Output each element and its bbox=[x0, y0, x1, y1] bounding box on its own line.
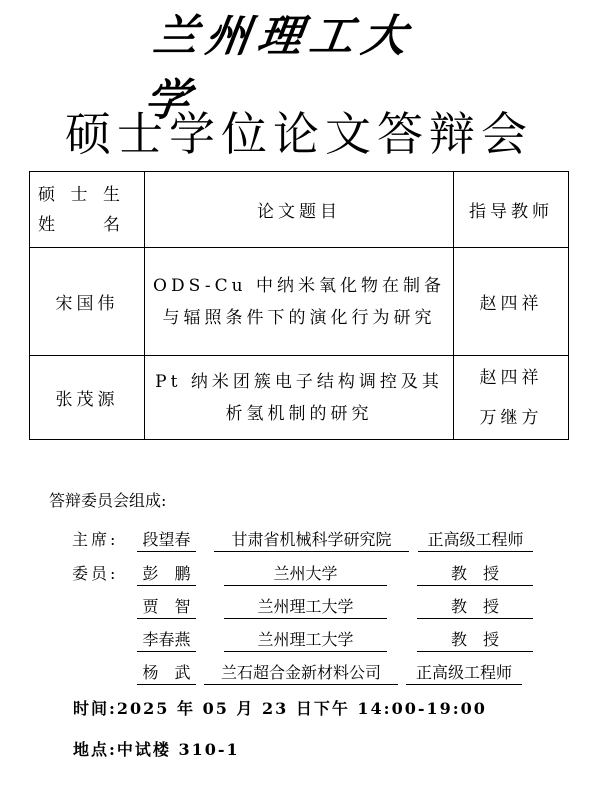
member-org: 兰州大学 bbox=[224, 563, 387, 586]
member-name: 贾 智 bbox=[137, 596, 196, 619]
thesis-table: 硕 士 生 姓 名 论文题目 指导教师 宋国伟 ODS-Cu 中纳米氧化物在制备… bbox=[29, 171, 569, 440]
header-student-name: 硕 士 生 姓 名 bbox=[30, 172, 145, 248]
advisor: 赵四祥 bbox=[454, 248, 569, 356]
member-title: 正高级工程师 bbox=[406, 662, 522, 685]
committee-member-row: 贾 智 兰州理工大学 教 授 bbox=[0, 596, 598, 618]
committee-member-row: 委员: 彭 鹏 兰州大学 教 授 bbox=[0, 563, 598, 585]
committee-member-row: 杨 武 兰石超合金新材料公司 正高级工程师 bbox=[0, 662, 598, 684]
university-logo: 兰州理工大学 bbox=[146, 32, 455, 96]
member-org: 兰州理工大学 bbox=[224, 596, 387, 619]
defense-time: 时间:2025 年 05 月 23 日下午 14:00-19:00 bbox=[73, 696, 487, 719]
advisors: 赵四祥 万继方 bbox=[454, 356, 569, 440]
header-char: 硕 bbox=[38, 180, 59, 210]
header-topic: 论文题目 bbox=[145, 172, 454, 248]
member-label: 委员: bbox=[72, 563, 118, 585]
defense-place: 地点:中试楼 310-1 bbox=[73, 737, 240, 760]
member-org: 兰石超合金新材料公司 bbox=[204, 662, 398, 685]
member-title: 教 授 bbox=[417, 629, 533, 652]
table-row: 张茂源 Pt 纳米团簇电子结构调控及其析氢机制的研究 赵四祥 万继方 bbox=[30, 356, 569, 440]
header-char: 生 bbox=[103, 180, 124, 210]
student-name: 张茂源 bbox=[30, 356, 145, 440]
header-char: 士 bbox=[71, 180, 92, 210]
member-title: 教 授 bbox=[417, 596, 533, 619]
thesis-topic: Pt 纳米团簇电子结构调控及其析氢机制的研究 bbox=[145, 356, 454, 440]
committee-chair-row: 主席: 段望春 甘肃省机械科学研究院 正高级工程师 bbox=[0, 529, 598, 551]
member-name: 杨 武 bbox=[137, 662, 196, 685]
member-title: 教 授 bbox=[417, 563, 533, 586]
page-title: 硕士学位论文答辩会 bbox=[0, 106, 598, 162]
chair-name: 段望春 bbox=[137, 529, 196, 552]
header-char: 姓 bbox=[38, 210, 59, 240]
thesis-topic: ODS-Cu 中纳米氧化物在制备与辐照条件下的演化行为研究 bbox=[145, 248, 454, 356]
advisor: 万继方 bbox=[454, 398, 568, 438]
advisor: 赵四祥 bbox=[454, 358, 568, 398]
committee-member-row: 李春燕 兰州理工大学 教 授 bbox=[0, 629, 598, 651]
student-name: 宋国伟 bbox=[30, 248, 145, 356]
header-advisor: 指导教师 bbox=[454, 172, 569, 248]
committee-heading: 答辩委员会组成: bbox=[49, 488, 166, 511]
chair-org: 甘肃省机械科学研究院 bbox=[214, 529, 409, 552]
chair-label: 主席: bbox=[72, 529, 118, 551]
member-org: 兰州理工大学 bbox=[224, 629, 387, 652]
table-header-row: 硕 士 生 姓 名 论文题目 指导教师 bbox=[30, 172, 569, 248]
member-name: 李春燕 bbox=[137, 629, 196, 652]
header-char: 名 bbox=[103, 210, 124, 240]
chair-title: 正高级工程师 bbox=[418, 529, 533, 552]
member-name: 彭 鹏 bbox=[137, 563, 196, 586]
table-row: 宋国伟 ODS-Cu 中纳米氧化物在制备与辐照条件下的演化行为研究 赵四祥 bbox=[30, 248, 569, 356]
